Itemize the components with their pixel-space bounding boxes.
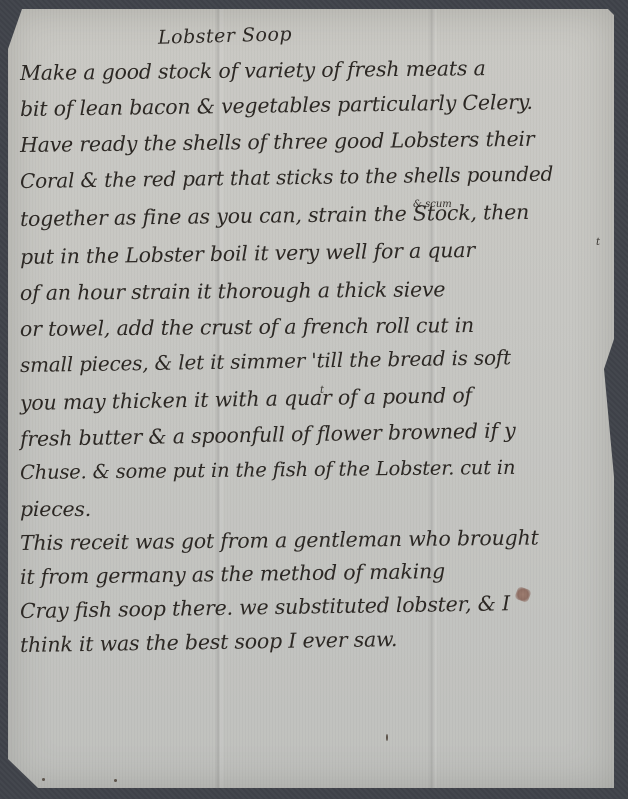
paper-stain (514, 586, 532, 603)
recipe-title: Lobster Soop (158, 23, 293, 49)
manuscript-line-1: Make a good stock of variety of fresh me… (20, 56, 486, 85)
manuscript-line-10: you may thicken it with a quar of a poun… (20, 383, 472, 415)
paper-speck (586, 792, 589, 795)
manuscript-line-12: Chuse. & some put in the fish of the Lob… (20, 456, 515, 484)
manuscript-line-14: This receit was got from a gentleman who… (20, 526, 539, 555)
manuscript-line-15: it from germany as the method of making (20, 559, 445, 589)
manuscript-line-8: or towel, add the crust of a french roll… (20, 313, 474, 341)
manuscript-line-4: Coral & the red part that sticks to the … (20, 162, 553, 193)
manuscript-line-9: small pieces, & let it simmer 'till the … (20, 345, 511, 377)
insertion-superscript-t: t (596, 237, 600, 248)
manuscript-line-7: of an hour strain it thorough a thick si… (20, 277, 445, 305)
paper-speck (42, 778, 45, 781)
manuscript-sheet: Lobster Soop Make a good stock of variet… (8, 9, 614, 788)
manuscript-line-11: fresh butter & a spoonfull of flower bro… (20, 418, 516, 451)
paper-speck (386, 734, 388, 741)
manuscript-line-2: bit of lean bacon & vegetables particula… (20, 90, 533, 121)
manuscript-line-6: put in the Lobster boil it very well for… (20, 238, 475, 269)
paper-speck (114, 779, 117, 782)
manuscript-line-5: together as fine as you can, strain the … (20, 200, 529, 231)
manuscript-line-13: pieces. (20, 497, 91, 521)
manuscript-line-16: Cray fish soop there. we substituted lob… (20, 591, 510, 623)
manuscript-line-3: Have ready the shells of three good Lobs… (20, 127, 535, 157)
manuscript-text: Lobster Soop Make a good stock of variet… (8, 9, 614, 788)
manuscript-line-17: think it was the best soop I ever saw. (20, 627, 398, 657)
